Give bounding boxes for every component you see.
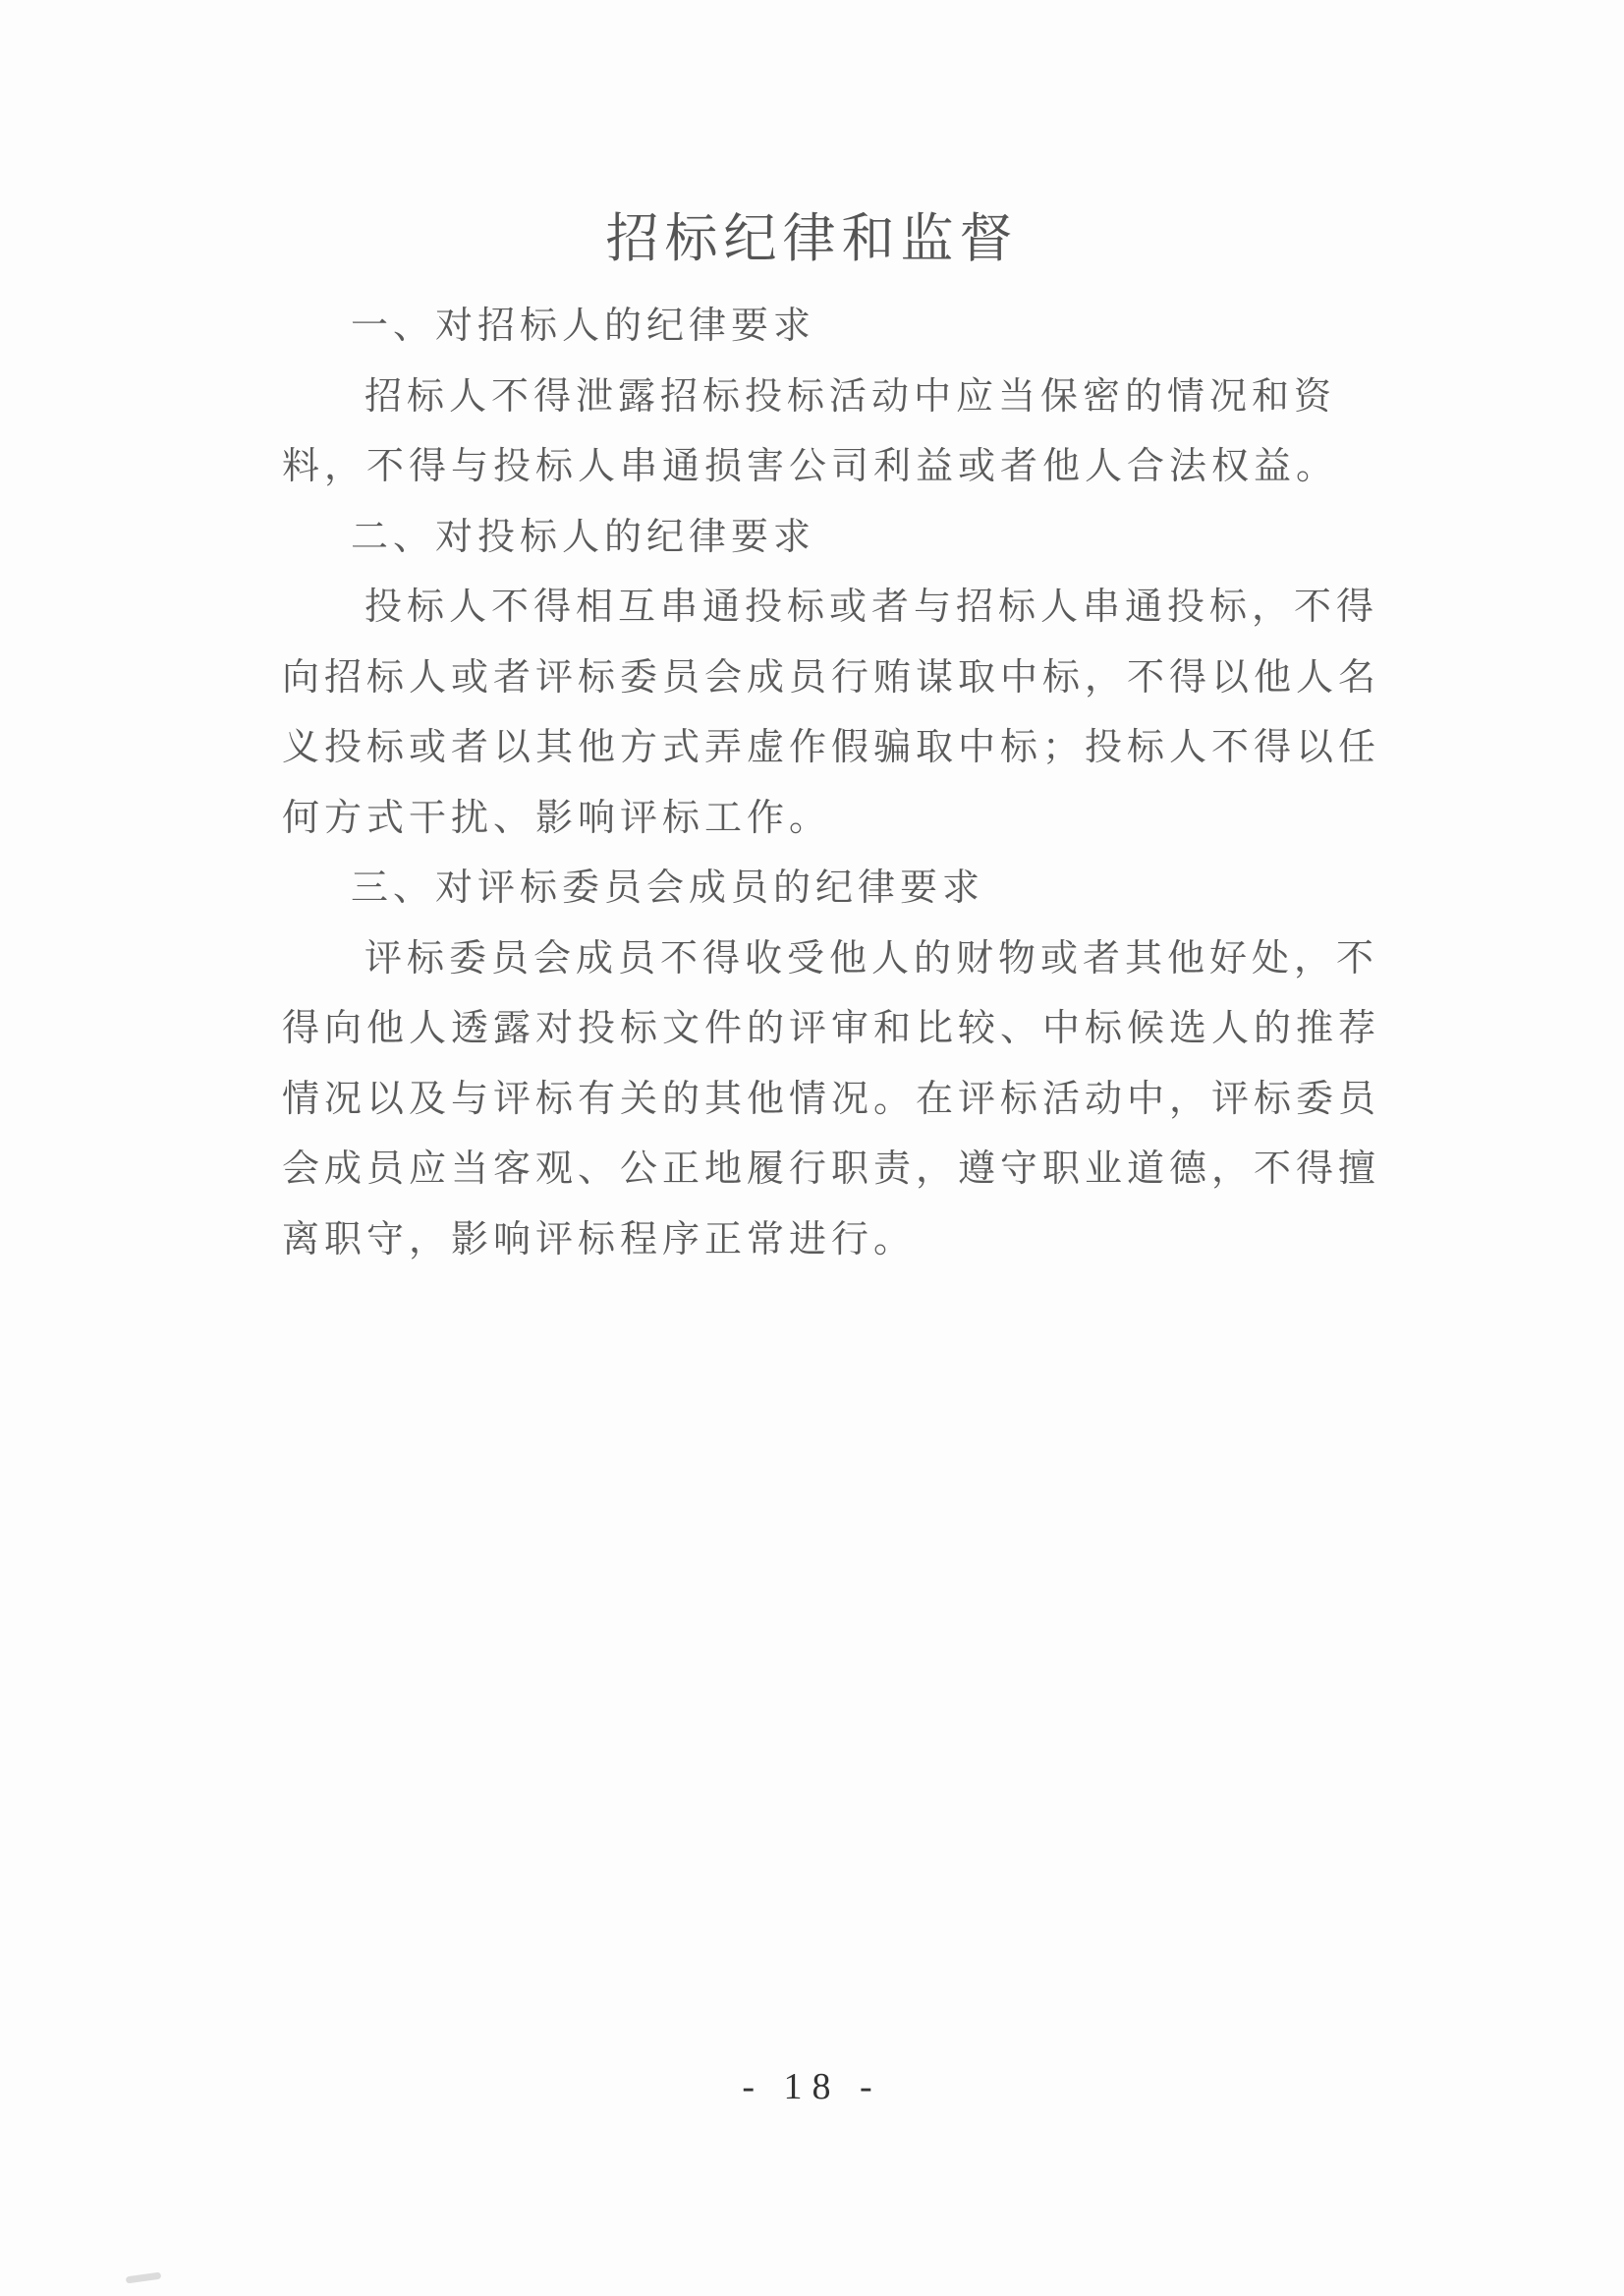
paragraph-line: 何方式干扰、影响评标工作。 bbox=[282, 783, 1407, 854]
section-heading: 一、对招标人的纪律要求 bbox=[282, 291, 1407, 362]
paragraph-line: 向招标人或者评标委员会成员行贿谋取中标，不得以他人名 bbox=[282, 643, 1407, 713]
paragraph-line: 离职守，影响评标程序正常进行。 bbox=[282, 1204, 1407, 1275]
paragraph-line: 得向他人透露对投标文件的评审和比较、中标候选人的推荐 bbox=[282, 993, 1407, 1064]
section-heading: 二、对投标人的纪律要求 bbox=[282, 502, 1407, 573]
paragraph-line: 义投标或者以其他方式弄虚作假骗取中标；投标人不得以任 bbox=[282, 712, 1407, 783]
paragraph-line: 料，不得与投标人串通损害公司利益或者他人合法权益。 bbox=[282, 431, 1407, 502]
page-number: - 18 - bbox=[0, 2065, 1624, 2108]
section-heading: 三、对评标委员会成员的纪律要求 bbox=[282, 853, 1407, 924]
page-title: 招标纪律和监督 bbox=[0, 202, 1624, 275]
document-body: 一、对招标人的纪律要求 招标人不得泄露招标投标活动中应当保密的情况和资 料，不得… bbox=[282, 291, 1407, 1274]
paragraph-line: 情况以及与评标有关的其他情况。在评标活动中，评标委员 bbox=[282, 1064, 1407, 1135]
paragraph-line: 招标人不得泄露招标投标活动中应当保密的情况和资 bbox=[282, 362, 1407, 432]
paragraph-line: 评标委员会成员不得收受他人的财物或者其他好处，不 bbox=[282, 924, 1407, 994]
scan-artifact bbox=[126, 2272, 162, 2284]
paragraph-line: 投标人不得相互串通投标或者与招标人串通投标，不得 bbox=[282, 572, 1407, 643]
paragraph-line: 会成员应当客观、公正地履行职责，遵守职业道德，不得擅 bbox=[282, 1134, 1407, 1204]
